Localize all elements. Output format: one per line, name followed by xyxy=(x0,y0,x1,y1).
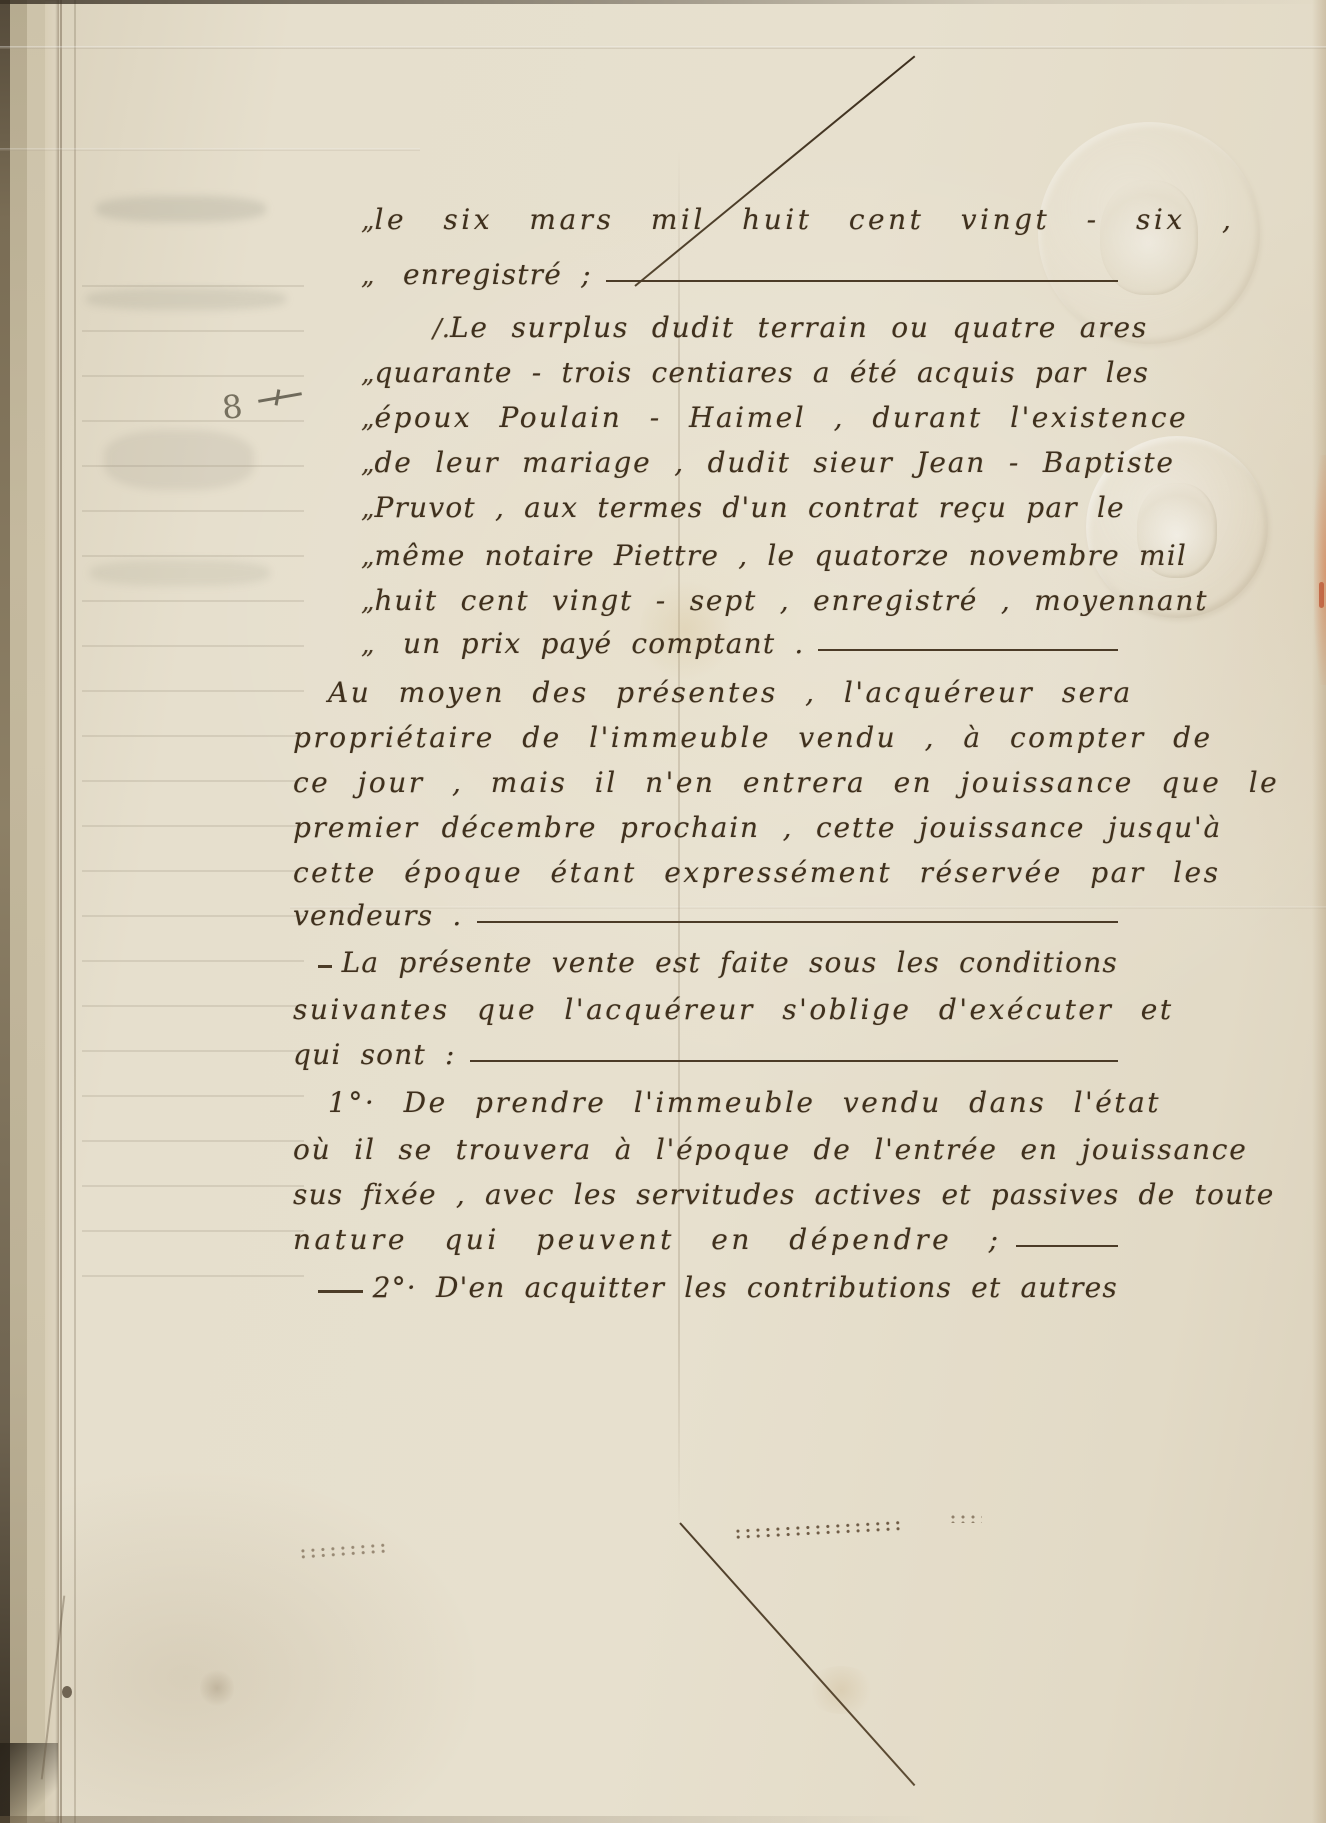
text-line: „ de leur mariage , dudit sieur Jean - B… xyxy=(293,446,1118,479)
line-text: Pruvot , aux termes d'un contrat reçu pa… xyxy=(374,491,1124,524)
text-line: „ Pruvot , aux termes d'un contrat reçu … xyxy=(293,491,1118,524)
top-edge-shadow xyxy=(0,0,1326,4)
right-edge-speck xyxy=(1319,582,1324,608)
line-text: Le surplus dudit terrain ou quatre ares xyxy=(450,311,1148,344)
quote-mark: „ xyxy=(361,587,374,617)
line-text: 2°· D'en acquitter les contributions et … xyxy=(373,1271,1118,1304)
text-line: /. Le surplus dudit terrain ou quatre ar… xyxy=(293,311,1118,344)
ink-scribble xyxy=(948,1514,982,1523)
text-line: „ le six mars mil huit cent vingt - six … xyxy=(293,203,1118,236)
text-line: „ huit cent vingt - sept , enregistré , … xyxy=(293,584,1118,617)
line-text: Au moyen des présentes , l'acquéreur ser… xyxy=(328,676,1133,709)
text-line: Au moyen des présentes , l'acquéreur ser… xyxy=(293,676,1118,709)
ink-scribble xyxy=(298,1542,391,1559)
page-edge-dark xyxy=(0,0,10,1823)
line-text: même notaire Piettre , le quatorze novem… xyxy=(374,539,1187,572)
text-line: 1°· De prendre l'immeuble vendu dans l'é… xyxy=(293,1086,1118,1119)
paragraph-dash xyxy=(318,1290,363,1293)
line-text: propriétaire de l'immeuble vendu , à com… xyxy=(293,721,1213,754)
text-line: „ époux Poulain - Haimel , durant l'exis… xyxy=(293,401,1118,434)
line-text: sus fixée , avec les servitudes actives … xyxy=(293,1178,1275,1211)
quote-mark: „ xyxy=(361,449,374,479)
ink-rule xyxy=(818,649,1118,651)
line-text: enregistré ; xyxy=(403,258,592,291)
text-line: cette époque étant expressément réservée… xyxy=(293,856,1118,889)
ink-bleedthrough xyxy=(86,288,286,310)
ink-rule xyxy=(477,921,1118,923)
text-line: sus fixée , avec les servitudes actives … xyxy=(293,1178,1118,1211)
quote-mark: „ xyxy=(361,206,374,236)
text-line: nature qui peuvent en dépendre ; xyxy=(293,1223,1118,1256)
bottom-edge-shade xyxy=(0,1816,928,1823)
ink-scribble xyxy=(733,1520,901,1542)
right-edge-shade xyxy=(1312,0,1326,1823)
quote-mark: „ xyxy=(361,359,374,389)
text-line: où il se trouvera à l'époque de l'entrée… xyxy=(293,1133,1118,1166)
line-text: huit cent vingt - sept , enregistré , mo… xyxy=(374,584,1208,617)
line-text: de leur mariage , dudit sieur Jean - Bap… xyxy=(374,446,1174,479)
fold-line xyxy=(60,0,62,1823)
line-text: La présente vente est faite sous les con… xyxy=(342,946,1118,979)
paper-stain xyxy=(200,1668,234,1708)
line-text: qui sont : xyxy=(293,1038,456,1071)
right-edge-blush xyxy=(1314,455,1326,685)
text-line: „ enregistré ; xyxy=(293,258,1118,291)
text-line: suivantes que l'acquéreur s'oblige d'exé… xyxy=(293,993,1118,1026)
line-text: le six mars mil huit cent vingt - six , xyxy=(374,203,1234,236)
text-line: La présente vente est faite sous les con… xyxy=(293,946,1118,979)
text-line: premier décembre prochain , cette jouiss… xyxy=(293,811,1118,844)
line-text: époux Poulain - Haimel , durant l'existe… xyxy=(374,401,1188,434)
text-line: propriétaire de l'immeuble vendu , à com… xyxy=(293,721,1118,754)
text-line: „ même notaire Piettre , le quatorze nov… xyxy=(293,539,1118,572)
line-text: un prix payé comptant . xyxy=(403,627,804,660)
line-text: premier décembre prochain , cette jouiss… xyxy=(293,811,1222,844)
ink-rule xyxy=(1016,1245,1118,1247)
diagonal-pen-stroke xyxy=(679,1522,915,1786)
quote-mark: „ xyxy=(361,494,374,524)
quote-mark: „ xyxy=(361,404,374,434)
ruled-guidelines xyxy=(82,242,304,1317)
text-line: 2°· D'en acquitter les contributions et … xyxy=(293,1271,1118,1304)
text-line: qui sont : xyxy=(293,1038,1118,1071)
corner-shadow xyxy=(0,1743,58,1823)
line-text: où il se trouvera à l'époque de l'entrée… xyxy=(293,1133,1248,1166)
fold-line xyxy=(74,0,76,1823)
ink-bleedthrough xyxy=(96,196,266,222)
ink-rule xyxy=(606,280,1118,282)
quote-mark: „ xyxy=(361,542,374,572)
ink-bleedthrough xyxy=(90,560,270,586)
page-edge-layer xyxy=(10,0,27,1823)
ink-bleedthrough xyxy=(104,430,254,490)
line-text: 1°· De prendre l'immeuble vendu dans l'é… xyxy=(328,1086,1161,1119)
line-text: quarante - trois centiares a été acquis … xyxy=(374,356,1149,389)
pencil-page-number: 8 xyxy=(220,387,244,427)
quote-mark: „ xyxy=(361,261,403,291)
line-text: ce jour , mais il n'en entrera en jouiss… xyxy=(293,766,1279,799)
text-line: „ un prix payé comptant . xyxy=(293,627,1118,660)
horizontal-crease xyxy=(0,148,420,151)
slash-mark: /. xyxy=(433,314,450,344)
line-text: cette époque étant expressément réservée… xyxy=(293,856,1221,889)
line-text: nature qui peuvent en dépendre ; xyxy=(293,1223,1002,1256)
line-text: vendeurs . xyxy=(293,899,463,932)
page-edge-layer xyxy=(45,0,59,1823)
ink-speck xyxy=(62,1686,72,1698)
diagonal-pen-stroke xyxy=(634,55,915,286)
quote-mark: „ xyxy=(361,630,403,660)
horizontal-crease xyxy=(0,46,1326,49)
text-line: vendeurs . xyxy=(293,899,1118,932)
text-line: „ quarante - trois centiares a été acqui… xyxy=(293,356,1118,389)
page-edge-layer xyxy=(27,0,45,1823)
ink-rule xyxy=(470,1060,1118,1062)
paragraph-dash xyxy=(318,965,332,968)
document-page: 8 „ le six mars mil huit cent vingt - si… xyxy=(0,0,1326,1823)
line-text: suivantes que l'acquéreur s'oblige d'exé… xyxy=(293,993,1174,1026)
text-line: ce jour , mais il n'en entrera en jouiss… xyxy=(293,766,1118,799)
